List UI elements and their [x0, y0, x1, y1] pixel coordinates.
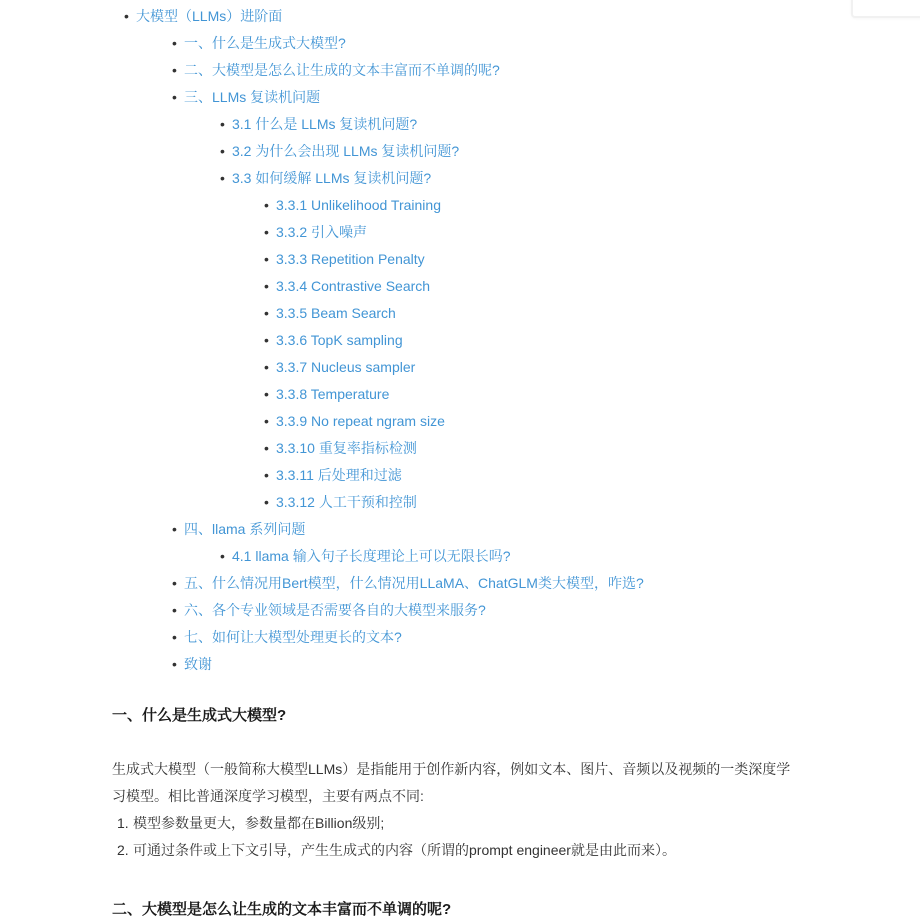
- bullet-icon: •: [220, 543, 232, 570]
- bullet-icon: •: [172, 570, 184, 597]
- toc-list: •大模型（LLMs）进阶面•一、什么是生成式大模型?•二、大模型是怎么让生成的文…: [112, 3, 920, 678]
- bullet-icon: •: [264, 408, 276, 435]
- toc-link[interactable]: 3.3.7 Nucleus sampler: [276, 354, 415, 381]
- bullet-icon: •: [124, 3, 136, 30]
- bullet-icon: •: [264, 192, 276, 219]
- toc-item: •3.3.7 Nucleus sampler: [264, 354, 920, 381]
- toc-item: •3.3 如何缓解 LLMs 复读机问题?: [220, 165, 920, 192]
- toc-item: •七、如何让大模型处理更长的文本?: [172, 624, 920, 651]
- bullet-icon: •: [172, 30, 184, 57]
- toc-link[interactable]: 3.3.2 引入噪声: [276, 219, 367, 246]
- bullet-icon: •: [264, 273, 276, 300]
- toc-item: •3.3.8 Temperature: [264, 381, 920, 408]
- bullet-icon: •: [264, 489, 276, 516]
- toc-item: •3.3.9 No repeat ngram size: [264, 408, 920, 435]
- list-item-text: 可通过条件或上下文引导，产生生成式的内容（所谓的prompt engineer就…: [133, 837, 676, 864]
- bullet-icon: •: [264, 462, 276, 489]
- article-content: •大模型（LLMs）进阶面•一、什么是生成式大模型?•二、大模型是怎么让生成的文…: [0, 0, 920, 921]
- toc-link[interactable]: 五、什么情况用Bert模型，什么情况用LLaMA、ChatGLM类大模型，咋选?: [184, 570, 644, 597]
- toc-link[interactable]: 3.3.4 Contrastive Search: [276, 273, 430, 300]
- bullet-icon: •: [172, 84, 184, 111]
- list-marker: 2.: [117, 837, 133, 864]
- bullet-icon: •: [264, 381, 276, 408]
- bullet-icon: •: [172, 624, 184, 651]
- list-item: 1. 模型参数量更大，参数量都在Billion级别;: [112, 810, 920, 837]
- toc-link[interactable]: 3.3.9 No repeat ngram size: [276, 408, 445, 435]
- list-item-text: 模型参数量更大，参数量都在Billion级别;: [133, 810, 384, 837]
- floating-panel: [851, 0, 920, 18]
- toc-link[interactable]: 3.3.10 重复率指标检测: [276, 435, 417, 462]
- toc-item: •二、大模型是怎么让生成的文本丰富而不单调的呢?: [172, 57, 920, 84]
- paragraph-line: 习模型。相比普通深度学习模型，主要有两点不同:: [112, 783, 920, 810]
- list-marker: 1.: [117, 810, 133, 837]
- bullet-icon: •: [172, 597, 184, 624]
- toc-link[interactable]: 3.1 什么是 LLMs 复读机问题?: [232, 111, 417, 138]
- toc-link[interactable]: 大模型（LLMs）进阶面: [136, 3, 282, 30]
- toc-link[interactable]: 3.2 为什么会出现 LLMs 复读机问题?: [232, 138, 459, 165]
- toc-link[interactable]: 二、大模型是怎么让生成的文本丰富而不单调的呢?: [184, 57, 500, 84]
- bullet-icon: •: [220, 138, 232, 165]
- toc-link[interactable]: 一、什么是生成式大模型?: [184, 30, 346, 57]
- toc-item: •3.3.1 Unlikelihood Training: [264, 192, 920, 219]
- toc-item: •3.2 为什么会出现 LLMs 复读机问题?: [220, 138, 920, 165]
- bullet-icon: •: [264, 246, 276, 273]
- section-heading-1: 一、什么是生成式大模型?: [112, 705, 920, 727]
- toc-item: •4.1 llama 输入句子长度理论上可以无限长吗?: [220, 543, 920, 570]
- bullet-icon: •: [264, 300, 276, 327]
- toc-item: •3.1 什么是 LLMs 复读机问题?: [220, 111, 920, 138]
- toc-link[interactable]: 3.3.6 TopK sampling: [276, 327, 403, 354]
- toc-link[interactable]: 七、如何让大模型处理更长的文本?: [184, 624, 402, 651]
- bullet-icon: •: [264, 219, 276, 246]
- bullet-icon: •: [220, 165, 232, 192]
- toc-link[interactable]: 致谢: [184, 651, 212, 678]
- toc-item: •三、LLMs 复读机问题: [172, 84, 920, 111]
- toc-item: •3.3.11 后处理和过滤: [264, 462, 920, 489]
- toc-item: •一、什么是生成式大模型?: [172, 30, 920, 57]
- toc-item: •3.3.3 Repetition Penalty: [264, 246, 920, 273]
- toc-item: •3.3.2 引入噪声: [264, 219, 920, 246]
- bullet-icon: •: [264, 354, 276, 381]
- toc-item: •3.3.5 Beam Search: [264, 300, 920, 327]
- bullet-icon: •: [264, 327, 276, 354]
- toc-link[interactable]: 3.3.1 Unlikelihood Training: [276, 192, 441, 219]
- toc-link[interactable]: 4.1 llama 输入句子长度理论上可以无限长吗?: [232, 543, 510, 570]
- toc-link[interactable]: 三、LLMs 复读机问题: [184, 84, 320, 111]
- toc-link[interactable]: 3.3 如何缓解 LLMs 复读机问题?: [232, 165, 431, 192]
- toc-item: •六、各个专业领域是否需要各自的大模型来服务?: [172, 597, 920, 624]
- toc-link[interactable]: 六、各个专业领域是否需要各自的大模型来服务?: [184, 597, 486, 624]
- ordered-list: 1. 模型参数量更大，参数量都在Billion级别; 2. 可通过条件或上下文引…: [112, 810, 920, 864]
- toc-link[interactable]: 3.3.11 后处理和过滤: [276, 462, 402, 489]
- toc-link[interactable]: 3.3.5 Beam Search: [276, 300, 396, 327]
- toc-item: •大模型（LLMs）进阶面: [124, 3, 920, 30]
- toc-link[interactable]: 3.3.12 人工干预和控制: [276, 489, 417, 516]
- toc-item: •3.3.4 Contrastive Search: [264, 273, 920, 300]
- bullet-icon: •: [172, 651, 184, 678]
- bullet-icon: •: [264, 435, 276, 462]
- section-heading-2: 二、大模型是怎么让生成的文本丰富而不单调的呢?: [112, 899, 920, 921]
- paragraph-line: 生成式大模型（一般简称大模型LLMs）是指能用于创作新内容，例如文本、图片、音频…: [112, 756, 920, 783]
- list-item: 2. 可通过条件或上下文引导，产生生成式的内容（所谓的prompt engine…: [112, 837, 920, 864]
- bullet-icon: •: [220, 111, 232, 138]
- bullet-icon: •: [172, 57, 184, 84]
- toc-item: •四、llama 系列问题: [172, 516, 920, 543]
- toc-item: •3.3.10 重复率指标检测: [264, 435, 920, 462]
- toc-link[interactable]: 四、llama 系列问题: [184, 516, 305, 543]
- section-paragraph: 生成式大模型（一般简称大模型LLMs）是指能用于创作新内容，例如文本、图片、音频…: [112, 756, 920, 810]
- toc-item: •五、什么情况用Bert模型，什么情况用LLaMA、ChatGLM类大模型，咋选…: [172, 570, 920, 597]
- toc-item: •致谢: [172, 651, 920, 678]
- toc-link[interactable]: 3.3.8 Temperature: [276, 381, 389, 408]
- bullet-icon: •: [172, 516, 184, 543]
- toc-item: •3.3.12 人工干预和控制: [264, 489, 920, 516]
- toc-item: •3.3.6 TopK sampling: [264, 327, 920, 354]
- toc-link[interactable]: 3.3.3 Repetition Penalty: [276, 246, 425, 273]
